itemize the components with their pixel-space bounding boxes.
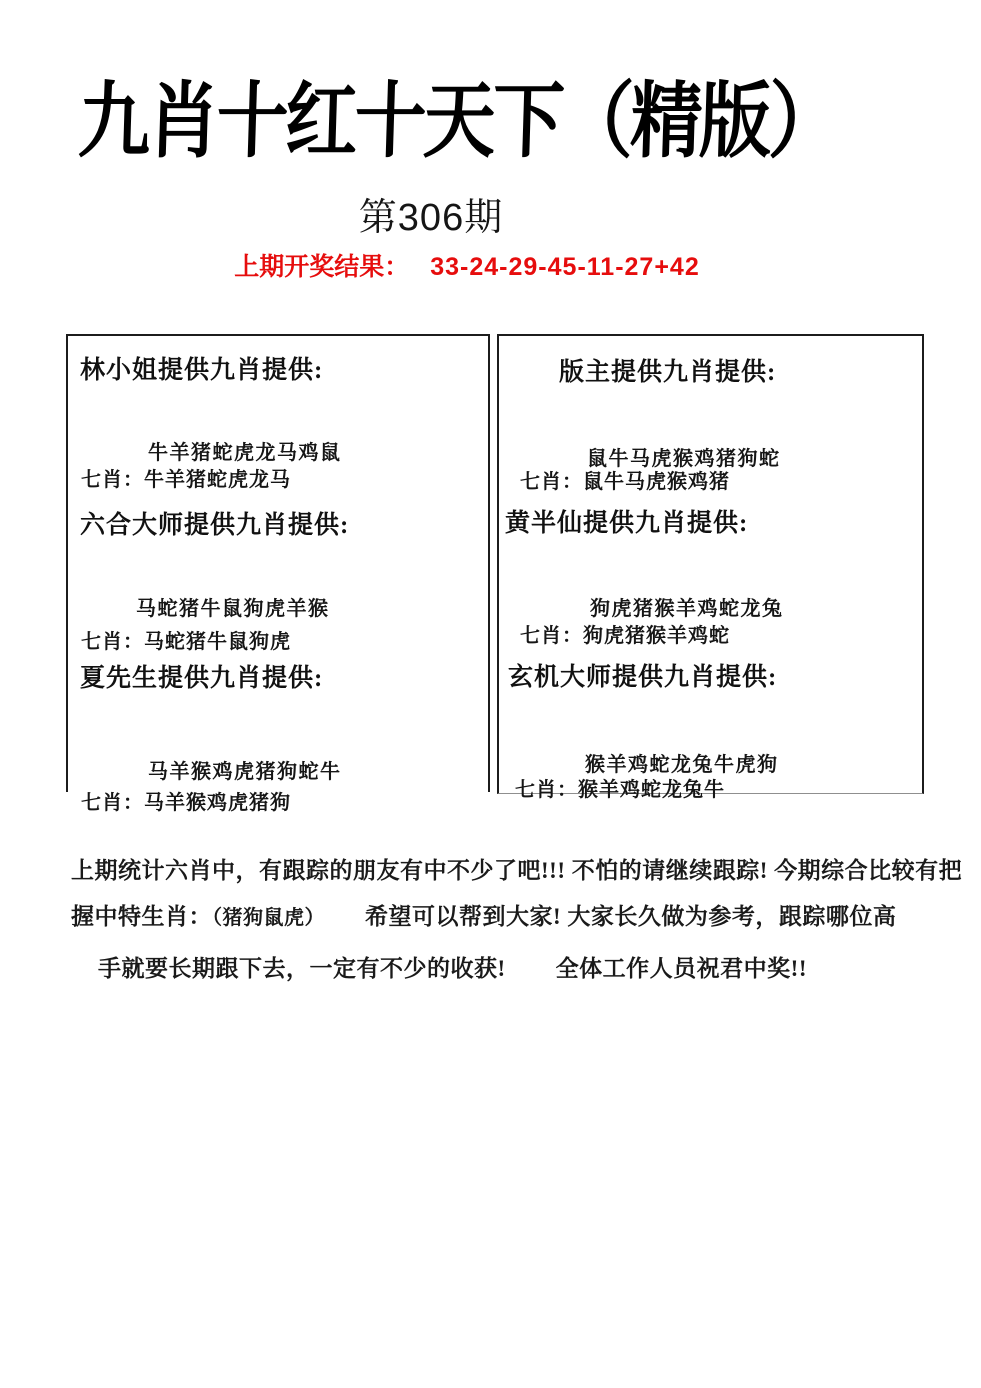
last-draw-result-label: 上期开奖结果： <box>234 253 409 281</box>
seven-zodiac-line: 七肖：马蛇猪牛鼠狗虎 <box>81 625 291 654</box>
page-title: 九肖十红十天下（精版） <box>0 54 920 174</box>
provider-header-xuanji-dashi: 玄机大师提供九肖提供: <box>508 657 777 693</box>
seven-zodiac-line: 七肖：猴羊鸡蛇龙兔牛 <box>515 773 725 802</box>
seven-zodiac-line: 七肖：马羊猴鸡虎猪狗 <box>81 786 291 815</box>
footer-line-2-prefix: 握中特生肖： <box>71 904 212 929</box>
seven-zodiac-line: 七肖：牛羊猪蛇虎龙马 <box>81 463 291 492</box>
nine-zodiac-line: 牛羊猪蛇虎龙马鸡鼠 <box>148 436 342 465</box>
last-draw-result: 上期开奖结果： 33-24-29-45-11-27+42 <box>0 247 934 283</box>
footer-line-3-left: 手就要长期跟下去，一定有不少的收获! <box>98 956 506 981</box>
provider-header-banzhu: 版主提供九肖提供: <box>559 352 776 388</box>
seven-zodiac-line: 七肖：鼠牛马虎猴鸡猪 <box>520 465 730 494</box>
last-draw-result-numbers: 33-24-29-45-11-27+42 <box>430 253 700 281</box>
provider-header-liuhe-dashi: 六合大师提供九肖提供: <box>80 505 349 541</box>
footer-line-2-rest: 希望可以帮到大家! 大家长久做为参考，跟踪哪位高 <box>365 904 896 929</box>
footer-line-1: 上期统计六肖中，有跟踪的朋友有中不少了吧!!! 不怕的请继续跟踪! 今期综合比较… <box>71 852 962 885</box>
provider-header-lin-xiaojie: 林小姐提供九肖提供: <box>80 350 323 386</box>
footer-line-3: 手就要长期跟下去，一定有不少的收获!全体工作人员祝君中奖!! <box>98 950 807 983</box>
nine-zodiac-line: 马蛇猪牛鼠狗虎羊猴 <box>136 592 330 621</box>
provider-header-xia-xiansheng: 夏先生提供九肖提供: <box>80 658 323 694</box>
footer-line-3-right: 全体工作人员祝君中奖!! <box>556 956 807 981</box>
provider-header-huang-banxian: 黄半仙提供九肖提供: <box>505 503 748 539</box>
predictions-box-left: 林小姐提供九肖提供: 牛羊猪蛇虎龙马鸡鼠 七肖：牛羊猪蛇虎龙马 六合大师提供九肖… <box>66 334 490 792</box>
nine-zodiac-line: 狗虎猪猴羊鸡蛇龙兔 <box>590 592 784 621</box>
footer-line-2: 握中特生肖：（猪狗鼠虎）希望可以帮到大家! 大家长久做为参考，跟踪哪位高 <box>71 898 896 931</box>
lottery-tip-sheet-page: 九肖十红十天下（精版） 第306期 上期开奖结果： 33-24-29-45-11… <box>0 0 981 1388</box>
footer-special-zodiacs: （猪狗鼠虎） <box>212 907 325 929</box>
issue-number: 第306期 <box>0 186 862 241</box>
seven-zodiac-line: 七肖：狗虎猪猴羊鸡蛇 <box>520 619 730 648</box>
nine-zodiac-line: 马羊猴鸡虎猪狗蛇牛 <box>148 755 342 784</box>
predictions-box-right: 版主提供九肖提供: 鼠牛马虎猴鸡猪狗蛇 七肖：鼠牛马虎猴鸡猪 黄半仙提供九肖提供… <box>497 334 924 794</box>
